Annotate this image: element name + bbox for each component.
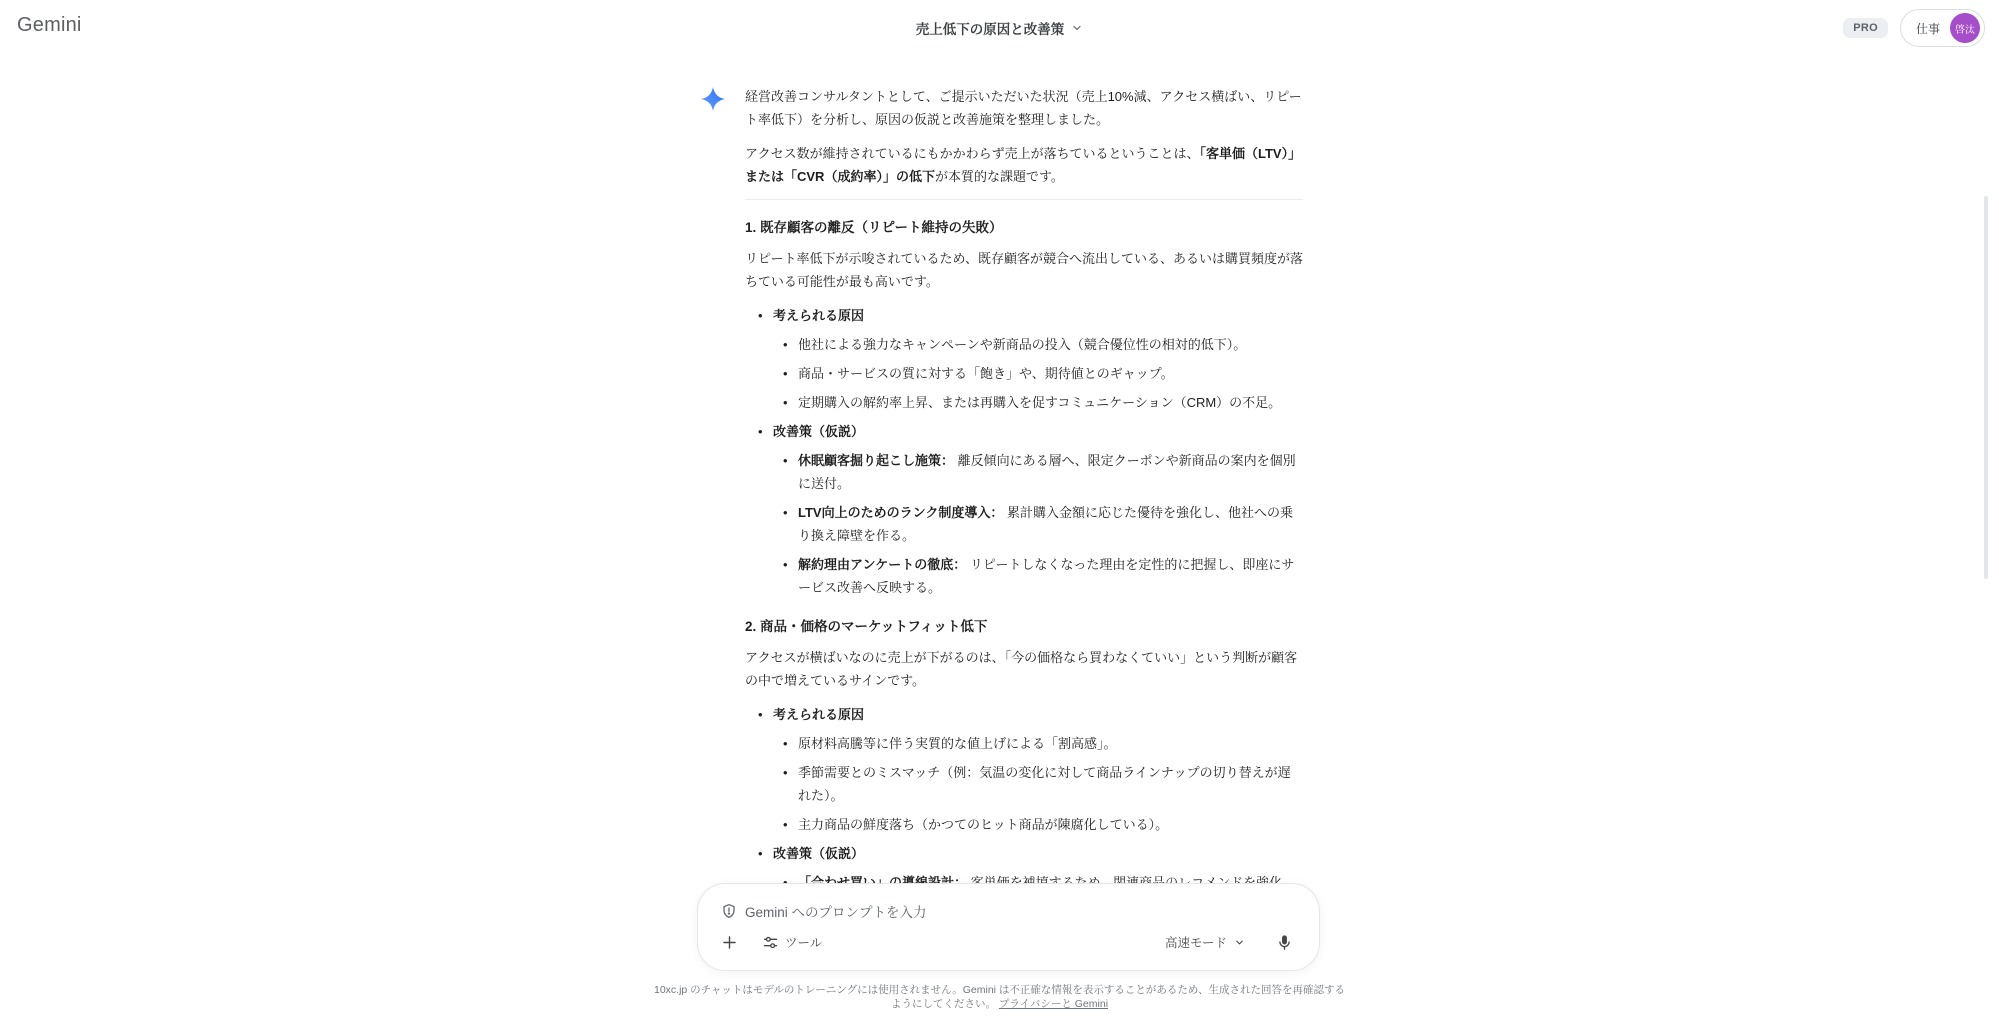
workspace-label: 仕事 <box>1916 20 1940 37</box>
nested-bullet-list: 原材料高騰等に伴う実質的な値上げによる「割高感」。季節需要とのミスマッチ（例：気… <box>773 732 1303 836</box>
add-button[interactable] <box>712 925 746 959</box>
paragraph: 経営改善コンサルタントとして、ご提示いただいた状況（売上10%減、アクセス横ばい… <box>745 85 1303 131</box>
group-label: 改善策（仮説） <box>773 846 864 861</box>
list-item: 休眠顧客掘り起こし施策： 離反傾向にある層へ、限定クーポンや新商品の案内を個別に… <box>773 449 1303 495</box>
bullet-list: 考えられる原因他社による強力なキャンペーンや新商品の投入（競合優位性の相対的低下… <box>745 304 1303 599</box>
text: 原材料高騰等に伴う実質的な値上げによる「割高感」。 <box>798 736 1117 751</box>
pro-badge: PRO <box>1843 18 1888 38</box>
section-heading: 1. 既存顧客の離反（リピート維持の失敗） <box>745 216 1303 239</box>
mic-button[interactable] <box>1267 925 1301 959</box>
bold-text: LTV向上のためのランク制度導入： <box>798 505 1003 520</box>
nested-bullet-list: 他社による強力なキャンペーンや新商品の投入（競合優位性の相対的低下）。商品・サー… <box>773 333 1303 414</box>
mode-label: 高速モード <box>1165 933 1227 951</box>
model-response: 経営改善コンサルタントとして、ご提示いただいた状況（売上10%減、アクセス横ばい… <box>745 85 1303 900</box>
list-item: 考えられる原因原材料高騰等に伴う実質的な値上げによる「割高感」。季節需要とのミス… <box>745 703 1303 836</box>
nested-bullet-list: 休眠顧客掘り起こし施策： 離反傾向にある層へ、限定クーポンや新商品の案内を個別に… <box>773 449 1303 599</box>
group-label: 考えられる原因 <box>773 308 864 323</box>
text: 定期購入の解約率上昇、または再購入を促すコミュニケーション（CRM）の不足。 <box>798 395 1281 410</box>
account-pill[interactable]: 仕事 啓汰 <box>1900 9 1985 47</box>
scrollbar[interactable] <box>1984 196 1988 579</box>
chevron-down-icon <box>1234 937 1245 948</box>
prompt-placeholder: Gemini へのプロンプトを入力 <box>745 901 927 921</box>
chevron-down-icon <box>1071 22 1083 34</box>
paragraph: アクセス数が維持されているにもかかわらず売上が落ちているということは、「客単価（… <box>745 142 1303 188</box>
divider <box>745 199 1303 200</box>
tools-label: ツール <box>785 933 822 951</box>
list-item: 解約理由アンケートの徹底： リピートしなくなった理由を定性的に把握し、即座にサー… <box>773 553 1303 599</box>
text: アクセス数が維持されているにもかかわらず売上が落ちているということは、 <box>745 146 1199 161</box>
gemini-sparkle-icon <box>700 86 726 112</box>
list-item: 季節需要とのミスマッチ（例：気温の変化に対して商品ラインナップの切り替えが遅れた… <box>773 761 1303 807</box>
tune-icon <box>762 934 779 951</box>
conversation-title-menu[interactable]: 売上低下の原因と改善策 <box>910 14 1090 42</box>
bullet-list: 考えられる原因原材料高騰等に伴う実質的な値上げによる「割高感」。季節需要とのミス… <box>745 703 1303 894</box>
top-right-controls: PRO 仕事 啓汰 <box>1843 9 1985 47</box>
shield-icon <box>721 903 737 919</box>
group-label: 改善策（仮説） <box>773 424 864 439</box>
avatar[interactable]: 啓汰 <box>1950 13 1980 43</box>
mode-selector[interactable]: 高速モード <box>1157 927 1253 957</box>
privacy-link[interactable]: プライバシーと Gemini <box>999 998 1108 1010</box>
chat-area: 経営改善コンサルタントとして、ご提示いただいた状況（売上10%減、アクセス横ばい… <box>0 56 1999 1021</box>
list-item: 定期購入の解約率上昇、または再購入を促すコミュニケーション（CRM）の不足。 <box>773 391 1303 414</box>
list-item: 商品・サービスの質に対する「飽き」や、期待値とのギャップ。 <box>773 362 1303 385</box>
text: 主力商品の鮮度落ち（かつてのヒット商品が陳腐化している）。 <box>798 817 1168 832</box>
tools-button[interactable]: ツール <box>752 927 832 957</box>
top-bar: Gemini 売上低下の原因と改善策 PRO 仕事 啓汰 <box>0 0 1999 56</box>
section-heading: 2. 商品・価格のマーケットフィット低下 <box>745 615 1303 638</box>
list-item: 主力商品の鮮度落ち（かつてのヒット商品が陳腐化している）。 <box>773 813 1303 836</box>
plus-icon <box>720 933 739 952</box>
list-item: 原材料高騰等に伴う実質的な値上げによる「割高感」。 <box>773 732 1303 755</box>
footer: 10xc.jp のチャットはモデルのトレーニングには使用されません。Gemini… <box>0 984 1999 1012</box>
paragraph: リピート率低下が示唆されているため、既存顧客が競合へ流出している、あるいは購買頻… <box>745 247 1303 293</box>
list-item: LTV向上のためのランク制度導入： 累計購入金額に応じた優待を強化し、他社への乗… <box>773 501 1303 547</box>
composer-toolbar: ツール 高速モード <box>712 924 1301 960</box>
conversation-title: 売上低下の原因と改善策 <box>916 18 1065 38</box>
text: 季節需要とのミスマッチ（例：気温の変化に対して商品ラインナップの切り替えが遅れた… <box>798 765 1291 803</box>
bold-text: 休眠顧客掘り起こし施策： <box>798 453 954 468</box>
prompt-input[interactable]: Gemini へのプロンプトを入力 <box>721 901 1299 921</box>
text: 経営改善コンサルタントとして、ご提示いただいた状況（売上10%減、アクセス横ばい… <box>745 89 1302 127</box>
text: 商品・サービスの質に対する「飽き」や、期待値とのギャップ。 <box>798 366 1174 381</box>
text: 他社による強力なキャンペーンや新商品の投入（競合優位性の相対的低下）。 <box>798 337 1246 352</box>
group-label: 考えられる原因 <box>773 707 864 722</box>
paragraph: アクセスが横ばいなのに売上が下がるのは、「今の価格なら買わなくていい」という判断… <box>745 646 1303 692</box>
prompt-composer[interactable]: Gemini へのプロンプトを入力 ツール 高速モード <box>697 883 1320 971</box>
list-item: 他社による強力なキャンペーンや新商品の投入（競合優位性の相対的低下）。 <box>773 333 1303 356</box>
list-item: 考えられる原因他社による強力なキャンペーンや新商品の投入（競合優位性の相対的低下… <box>745 304 1303 414</box>
list-item: 改善策（仮説）休眠顧客掘り起こし施策： 離反傾向にある層へ、限定クーポンや新商品… <box>745 420 1303 599</box>
microphone-icon <box>1275 933 1294 952</box>
bold-text: 解約理由アンケートの徹底： <box>798 557 966 572</box>
title-area: 売上低下の原因と改善策 <box>0 0 1999 56</box>
text: が本質的な課題です。 <box>935 169 1064 184</box>
gemini-logo[interactable]: Gemini <box>17 14 82 37</box>
